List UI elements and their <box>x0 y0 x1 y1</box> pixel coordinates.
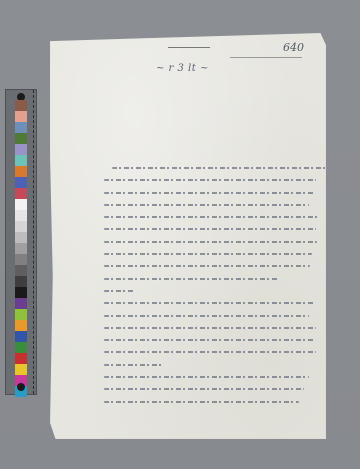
handwritten-line <box>104 335 319 347</box>
color-swatch <box>15 166 27 177</box>
handwritten-line <box>104 397 319 409</box>
color-swatch <box>15 100 27 111</box>
handwritten-line <box>104 224 319 236</box>
handwritten-line <box>104 347 319 359</box>
color-swatch <box>15 177 27 188</box>
handwritten-line <box>104 372 319 384</box>
folio-underline <box>230 57 302 58</box>
color-swatch <box>15 155 27 166</box>
handwritten-line <box>104 286 319 298</box>
registration-dot-bottom <box>17 383 25 391</box>
color-swatch <box>15 232 27 243</box>
handwritten-line <box>104 212 319 224</box>
color-swatch <box>15 364 27 375</box>
handwritten-line <box>104 360 319 372</box>
color-swatch <box>15 144 27 155</box>
color-swatch <box>15 276 27 287</box>
handwritten-line <box>104 298 319 310</box>
color-swatch <box>15 133 27 144</box>
color-swatch <box>15 287 27 298</box>
color-swatch <box>15 210 27 221</box>
color-swatch-strip <box>15 100 27 397</box>
color-swatch <box>15 298 27 309</box>
color-swatch <box>15 221 27 232</box>
handwritten-text-block <box>104 163 319 409</box>
handwritten-line <box>104 200 319 212</box>
color-swatch <box>15 353 27 364</box>
scale-ticks <box>30 90 34 394</box>
color-swatch <box>15 342 27 353</box>
color-swatch <box>15 199 27 210</box>
handwritten-line <box>104 163 319 175</box>
color-swatch <box>15 254 27 265</box>
color-swatch <box>15 309 27 320</box>
handwritten-line <box>104 249 319 261</box>
heading-notation: ~ r 3 lt ~ <box>156 63 209 74</box>
folio-number: 640 <box>283 41 304 54</box>
handwritten-line <box>104 175 319 187</box>
handwritten-line <box>104 384 319 396</box>
handwritten-line <box>104 188 319 200</box>
handwritten-line <box>104 274 319 286</box>
color-swatch <box>15 243 27 254</box>
color-swatch <box>15 265 27 276</box>
color-swatch <box>15 188 27 199</box>
color-calibration-target <box>5 89 37 395</box>
handwritten-line <box>104 311 319 323</box>
color-swatch <box>15 320 27 331</box>
color-swatch <box>15 122 27 133</box>
header-rule <box>168 47 210 48</box>
handwritten-line <box>104 323 319 335</box>
color-swatch <box>15 111 27 122</box>
manuscript-page: 640 ~ r 3 lt ~ <box>50 33 326 439</box>
handwritten-line <box>104 261 319 273</box>
handwritten-line <box>104 237 319 249</box>
color-swatch <box>15 331 27 342</box>
